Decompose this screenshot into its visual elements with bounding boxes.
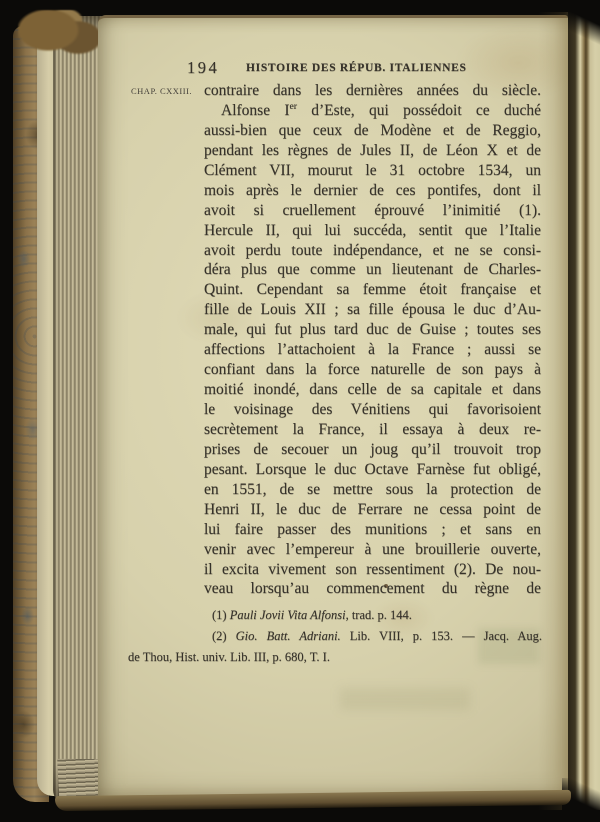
text-segment: d’Este, qui possédoit ce duché	[297, 102, 541, 119]
text-line: moitié inondé, dans celle de sa capitale…	[204, 380, 541, 400]
footnote-marker: (2)	[212, 629, 236, 643]
text-line: Henri II, le duc de Ferrare ne cessa poi…	[204, 500, 541, 520]
footnote-1: (1) Pauli Jovii Vita Alfonsi, trad. p. 1…	[128, 605, 542, 626]
text-line: Clément VII, mourut le 31 octobre 1534, …	[204, 161, 541, 181]
ink-bleed-smudge	[340, 688, 470, 710]
text-line: veau lorsqu’au commencement du règne de	[204, 579, 541, 599]
chapter-margin-note: CHAP. CXXIII.	[131, 86, 192, 96]
footnote-2: (2) Gio. Batt. Adriani. Lib. VIII, p. 15…	[128, 626, 542, 647]
text-line: avoit perdu toute indépendance, et ne se…	[204, 241, 541, 261]
page-number: 194	[187, 58, 219, 78]
footnote-reference: Lib. VIII, p. 153. — Jacq. Aug.	[341, 629, 542, 643]
text-line: pendant les règnes de Jules II, de Léon …	[204, 141, 541, 161]
running-title: HISTOIRE DES RÉPUB. ITALIENNES	[246, 62, 496, 74]
footnote-italic-title: Pauli Jovii Vita Alfonsi	[230, 608, 346, 622]
footnote-italic-title: Gio. Batt. Adriani.	[236, 629, 341, 643]
top-right-shadow	[568, 0, 600, 48]
text-line: il excita vivement son ressentiment (2).…	[204, 560, 541, 580]
text-line: male, qui fut plus tard duc de Guise ; t…	[204, 320, 541, 340]
text-line: Quint. Cependant sa femme étoit français…	[204, 280, 541, 300]
text-line: le voisinage des Vénitiens qui favorisoi…	[204, 400, 541, 420]
text-line: mois après le dernier de ces pontifes, d…	[204, 181, 541, 201]
gutter-crease	[538, 12, 600, 810]
ordinal-superscript: er	[290, 102, 297, 112]
body-text: contraire dans les dernières années du s…	[204, 81, 541, 599]
text-line: avoit si cruellement éprouvé l’inimitié …	[204, 201, 541, 221]
text-line: Hercule II, qui lui succéda, sentit que …	[204, 221, 541, 241]
text-line: fille de Louis XII ; sa fille épousa le …	[204, 300, 541, 320]
text-line: aussi-bien que ceux de Modène et de Regg…	[204, 121, 541, 141]
text-line: contraire dans les dernières années du s…	[204, 81, 541, 101]
text-line: venir avec l’empereur à une brouillerie …	[204, 540, 541, 560]
footnote-reference: , trad. p. 144.	[346, 608, 412, 622]
footnote-2-continuation: de Thou, Hist. univ. Lib. III, p. 680, T…	[128, 647, 542, 668]
text-line: secrètement la France, il essaya à deux …	[204, 420, 541, 440]
text-line: en 1551, de se mettre sous la protection…	[204, 480, 541, 500]
text-line: pesant. Lorsque le duc Octave Farnèse fu…	[204, 460, 541, 480]
footnotes: (1) Pauli Jovii Vita Alfonsi, trad. p. 1…	[128, 605, 542, 669]
cover-corner-damage	[18, 10, 104, 60]
text-line: affections l’attachoient à la France ; a…	[204, 340, 541, 360]
text-line: lui faire passer des munitions ; et sans…	[204, 520, 541, 540]
text-line: déra plus que comme un lieutenant de Cha…	[204, 260, 541, 280]
book-scan: 194 HISTOIRE DES RÉPUB. ITALIENNES CHAP.…	[0, 0, 600, 822]
text-line: prises de secouer un joug qu’il trouvoit…	[204, 440, 541, 460]
footnote-marker: (1)	[212, 608, 230, 622]
text-line: confiant dans la force naturelle de son …	[204, 360, 541, 380]
text-line: Alfonse Ier d’Este, qui possédoit ce duc…	[204, 101, 541, 121]
text-segment: Alfonse I	[221, 102, 290, 119]
